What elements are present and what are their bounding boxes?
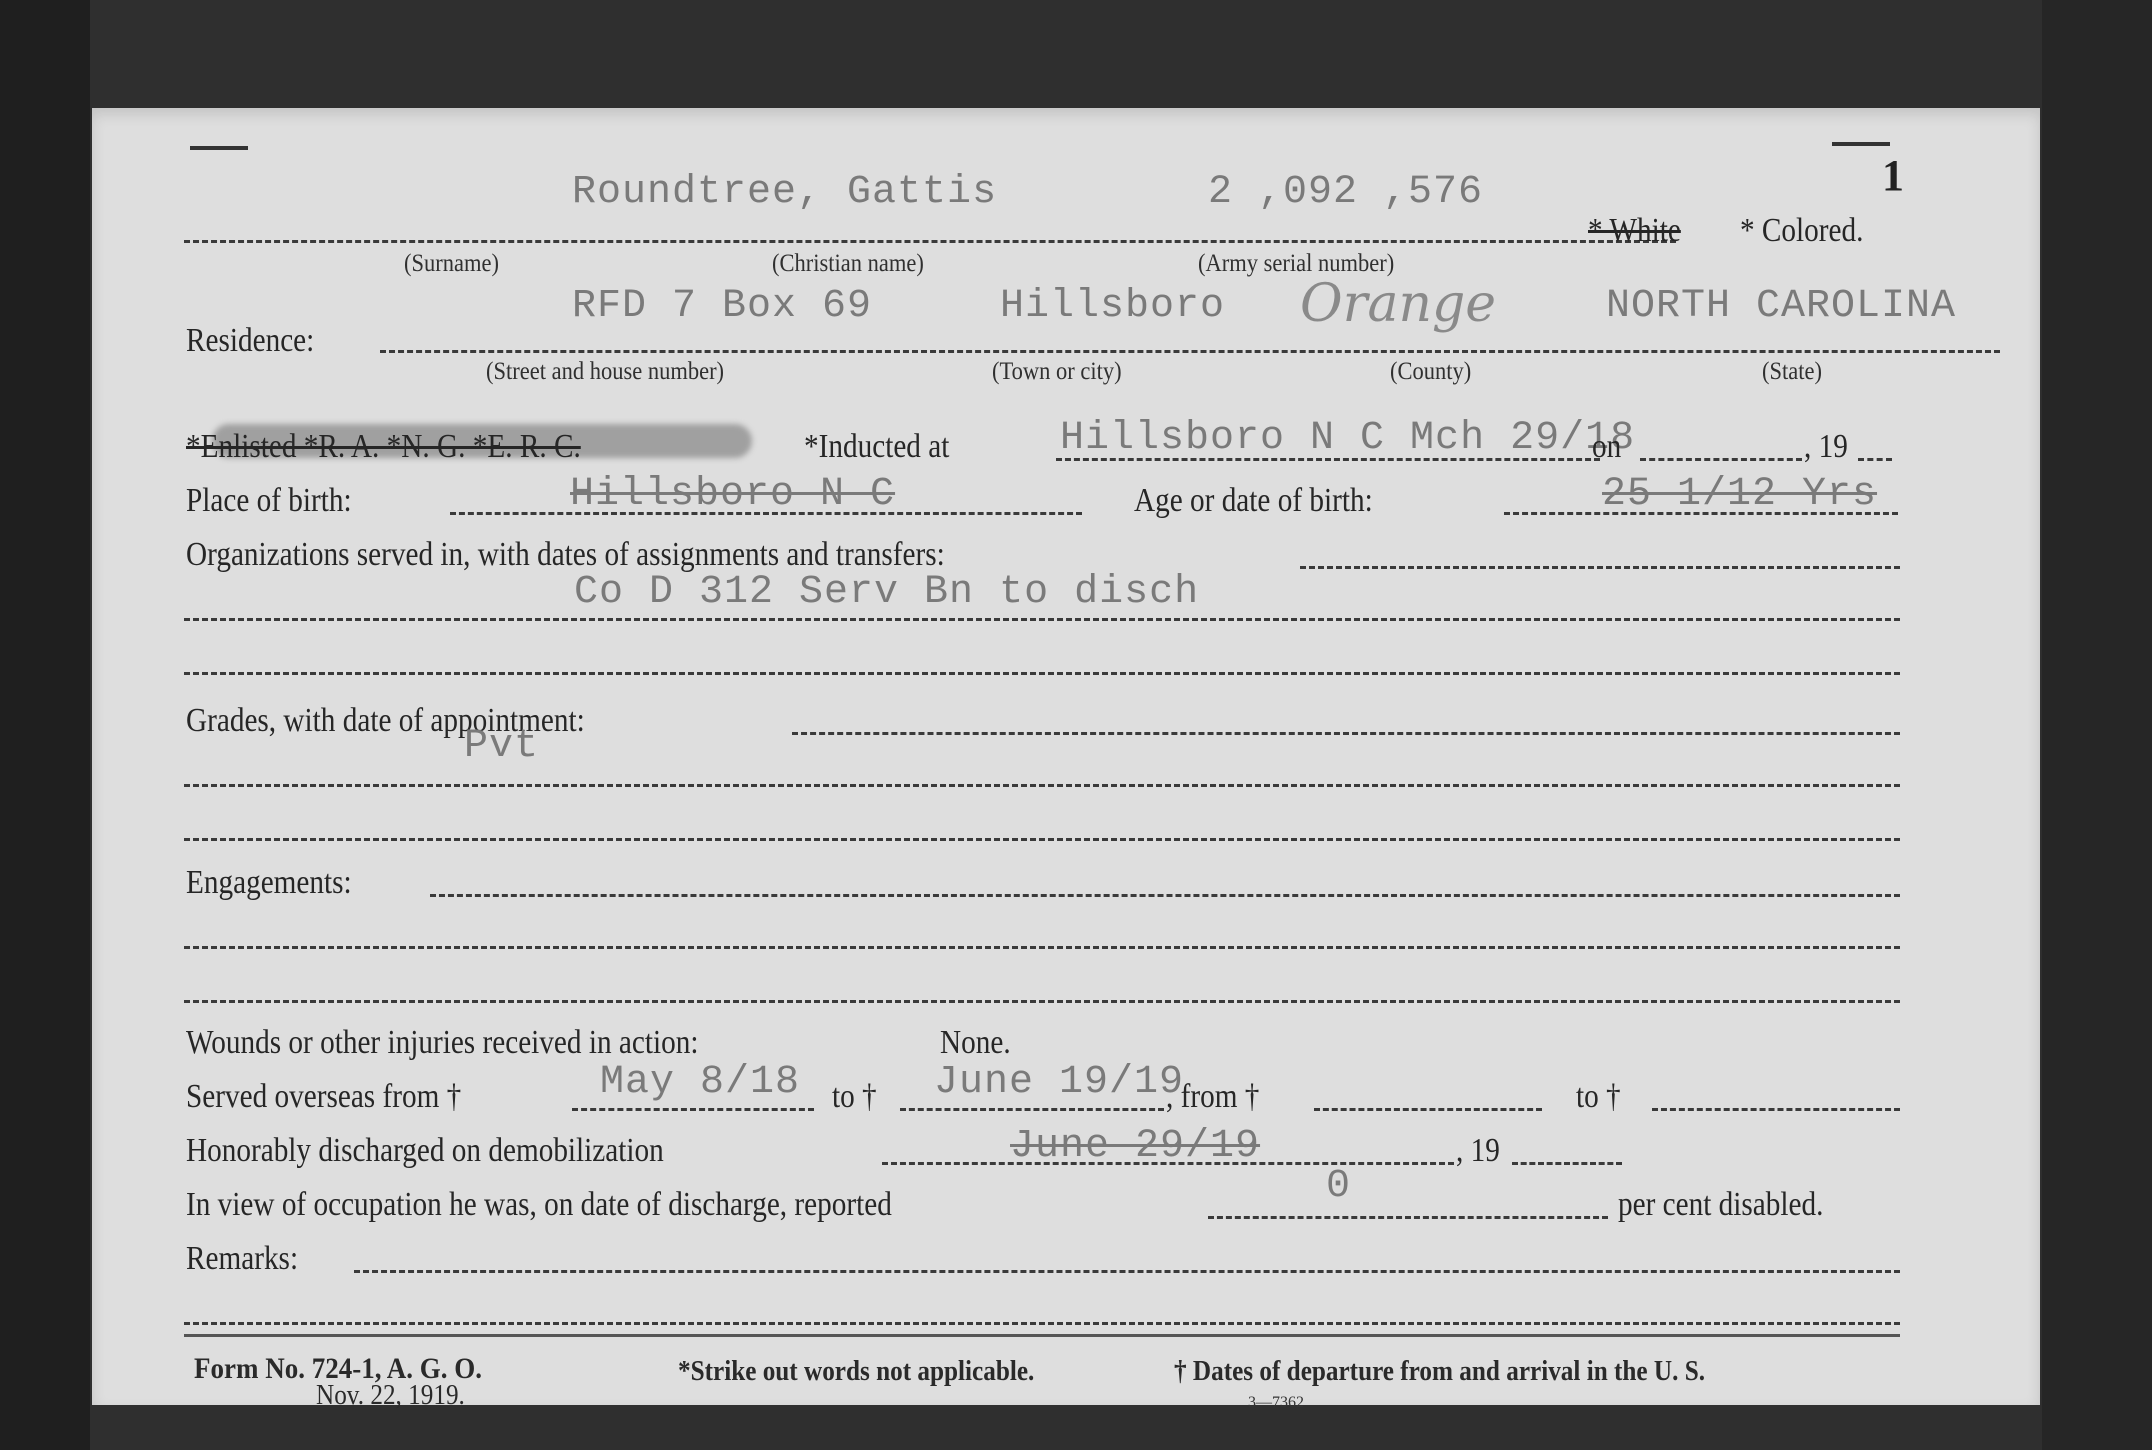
remarks-line-2: [184, 1322, 1900, 1325]
residence-street: RFD 7 Box 69: [572, 284, 872, 329]
organizations-label: Organizations served in, with dates of a…: [186, 536, 945, 574]
dates-note: † Dates of departure from and arrival in…: [1174, 1356, 1705, 1388]
overseas-to2-label: to †: [1576, 1078, 1621, 1116]
grades-line-1: [792, 732, 1900, 735]
age-line: [1504, 512, 1898, 515]
age-value: 25 1/12 Yrs: [1602, 472, 1877, 517]
corner-mark-left: [190, 146, 248, 150]
card-number: 1: [1882, 150, 1904, 201]
footer-divider: [184, 1334, 1900, 1337]
discharge-label: Honorably discharged on demobilization: [186, 1132, 664, 1170]
age-label: Age or date of birth:: [1134, 482, 1373, 520]
overseas-to2-line: [1652, 1108, 1900, 1111]
on-label: on: [1592, 428, 1621, 466]
race-option-colored: * Colored.: [1740, 212, 1863, 250]
caption-street: (Street and house number): [486, 358, 724, 386]
inducted-at-value: Hillsboro N C Mch 29/18: [1060, 416, 1635, 461]
name-line: [184, 240, 1676, 243]
served-overseas-label: Served overseas from †: [186, 1078, 461, 1116]
overseas-from-value: May 8/18: [600, 1060, 800, 1105]
inducted-at-label: *Inducted at: [804, 428, 949, 466]
grades-line-3: [184, 838, 1900, 841]
grades-value: Pvt: [464, 724, 539, 769]
overseas-to-value: June 19/19: [934, 1060, 1184, 1105]
residence-line: [380, 350, 2000, 353]
scan-border-left: [0, 0, 90, 1450]
place-of-birth-label: Place of birth:: [186, 482, 352, 520]
place-of-birth-value: Hillsboro N C: [570, 472, 895, 517]
place-of-birth-line: [450, 512, 1082, 515]
residence-label: Residence:: [186, 322, 314, 360]
inducted-year-label: , 19: [1804, 428, 1848, 466]
engagements-line-2: [184, 946, 1900, 949]
print-code: 3—7362: [1248, 1394, 1304, 1412]
discharge-year-label: , 19: [1456, 1132, 1500, 1170]
wounds-label: Wounds or other injuries received in act…: [186, 1024, 698, 1062]
engagements-label: Engagements:: [186, 864, 352, 902]
on-date-line: [1640, 458, 1802, 461]
overseas-to-label: to †: [832, 1078, 877, 1116]
service-record-card: 1 Roundtree, Gattis 2 ,092 ,576 * White …: [92, 108, 2040, 1405]
caption-christian-name: (Christian name): [772, 250, 924, 278]
wounds-value: None.: [940, 1024, 1011, 1062]
organizations-value: Co D 312 Serv Bn to disch: [574, 570, 1199, 615]
enlistment-options-struck: *Enlisted *R. A. *N. G. *E. R. C.: [186, 428, 581, 466]
organizations-line-1: [1300, 566, 1900, 569]
disability-suffix: per cent disabled.: [1618, 1186, 1823, 1224]
residence-county: Orange: [1300, 274, 1496, 334]
grades-line-2: [184, 784, 1900, 787]
corner-mark-right: [1832, 142, 1890, 146]
remarks-label: Remarks:: [186, 1240, 298, 1278]
strike-note: *Strike out words not applicable.: [678, 1356, 1034, 1388]
remarks-line-1: [354, 1270, 1900, 1273]
organizations-line-2: [184, 618, 1900, 621]
overseas-from2-line: [1314, 1108, 1542, 1111]
overseas-from-line: [572, 1108, 814, 1111]
name-value: Roundtree, Gattis: [572, 170, 997, 215]
caption-state: (State): [1762, 358, 1822, 386]
serial-number-value: 2 ,092 ,576: [1208, 170, 1483, 215]
inducted-line: [1056, 458, 1600, 461]
residence-state: NORTH CAROLINA: [1606, 284, 1956, 329]
overseas-from2-label: , from †: [1166, 1078, 1259, 1116]
residence-town: Hillsboro: [1000, 284, 1225, 329]
disability-label: In view of occupation he was, on date of…: [186, 1186, 892, 1224]
race-option-white: * White: [1588, 212, 1681, 250]
caption-county: (County): [1390, 358, 1471, 386]
scan-border-right: [2042, 0, 2152, 1450]
discharge-line: [882, 1162, 1454, 1165]
engagements-line-1: [430, 894, 1900, 897]
disability-value: 0: [1326, 1164, 1351, 1209]
caption-town: (Town or city): [992, 358, 1122, 386]
overseas-to-line: [900, 1108, 1164, 1111]
inducted-year-line: [1858, 458, 1892, 461]
organizations-line-3: [184, 672, 1900, 675]
form-date: Nov. 22, 1919.: [316, 1380, 465, 1412]
disability-line: [1208, 1216, 1608, 1219]
discharge-year-line: [1512, 1162, 1622, 1165]
caption-surname: (Surname): [404, 250, 499, 278]
engagements-line-3: [184, 1000, 1900, 1003]
